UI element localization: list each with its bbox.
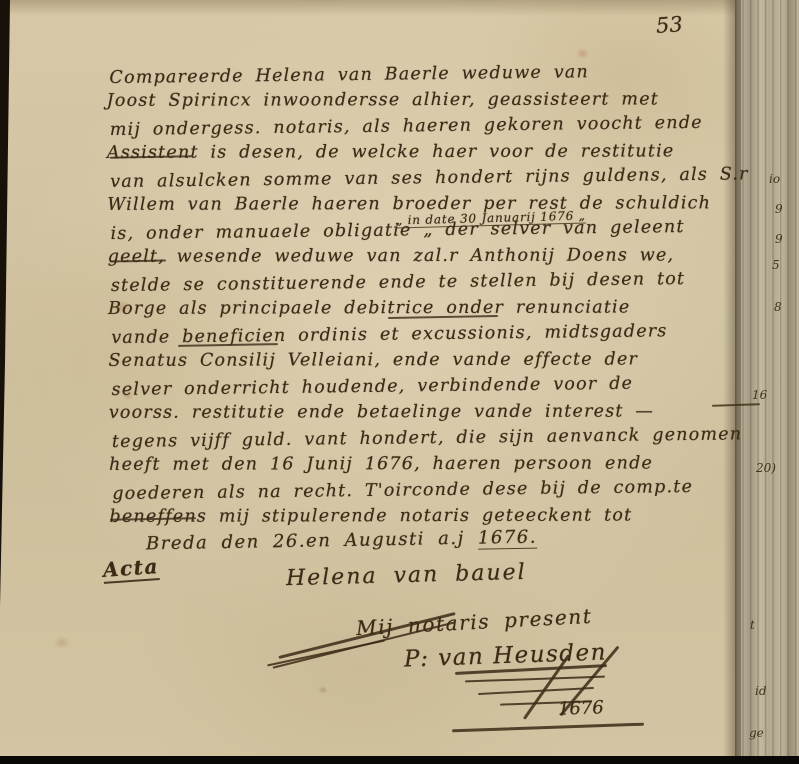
edge-fragment: id xyxy=(755,684,767,698)
closing-year: 1676. xyxy=(478,527,537,550)
manuscript-scan: 53 Compareerde Helena van Baerle weduwe … xyxy=(0,0,799,764)
paper-stain xyxy=(318,686,328,694)
edge-fragment: 5 xyxy=(772,258,780,272)
edge-fragment: 9 xyxy=(775,232,783,246)
edge-fragment: t xyxy=(750,618,755,632)
paraph-stroke xyxy=(465,676,605,683)
signature-helena-van-bavel: Helena van bauel xyxy=(286,560,527,591)
manuscript-text-block: Compareerde Helena van Baerle weduwe van… xyxy=(106,62,777,535)
binding-shadow xyxy=(0,0,12,660)
edge-fragment: 16 xyxy=(752,388,767,402)
edge-fragment: 9 xyxy=(775,202,783,216)
paraph-underline xyxy=(452,723,644,732)
page-number: 53 xyxy=(655,12,683,38)
scan-bottom-edge xyxy=(0,756,799,764)
edge-fragment: io xyxy=(769,172,780,186)
edge-fragment: 20) xyxy=(756,461,776,475)
edge-fragment: 8 xyxy=(774,300,782,314)
closing-place-date: Breda den 26.en Augusti a.j xyxy=(146,528,465,555)
notary-attestation: Mij notaris present xyxy=(356,604,593,640)
paper-stain xyxy=(54,636,70,649)
acta-label: Acta xyxy=(102,554,160,584)
paper-stain xyxy=(576,48,589,59)
edge-fragment: ge xyxy=(749,726,764,740)
